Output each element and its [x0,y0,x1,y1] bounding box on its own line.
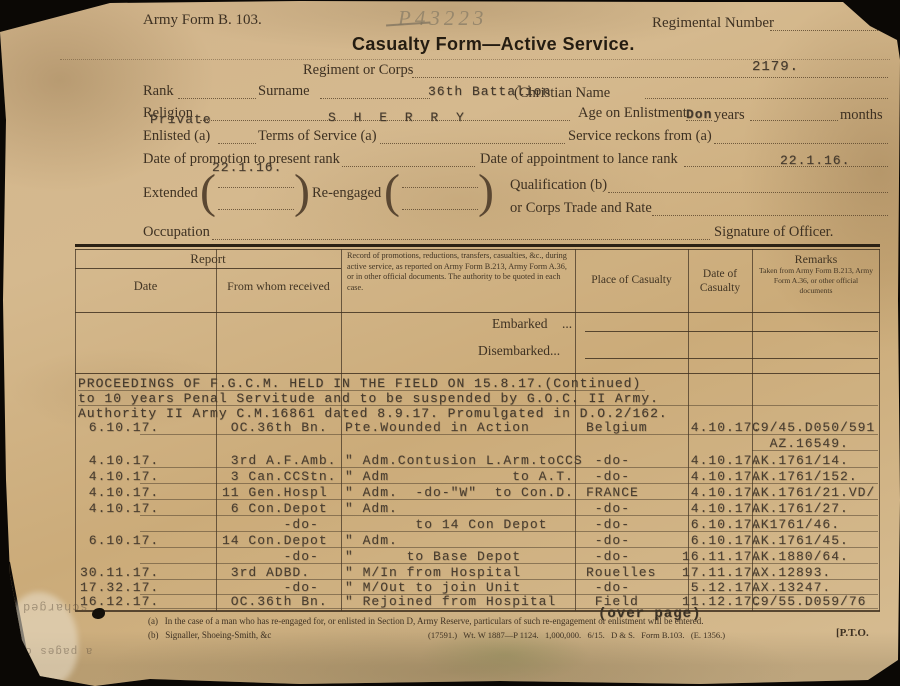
qualification-label: Qualification (b) [510,177,607,194]
table-cell: 4.10.17. [682,501,761,516]
table-cell: -do- [222,517,319,532]
page-title: Casualty Form—Active Service. [352,34,635,55]
table-cell: " M/In from Hospital [345,565,521,580]
show-through-text: a pages o [24,644,92,656]
table-cell: 5.12.17. [682,580,761,595]
table-cell: 4.10.17. [682,420,761,435]
row-rule [140,434,878,435]
table-cell: -do- [586,580,630,595]
col-remarks: Remarks [752,252,880,267]
table-cell: -do- [222,549,319,564]
table-cell: 6.10.17. [682,533,761,548]
table-cell: AX.12893. [752,565,831,580]
col-from-whom: From whom received [216,279,341,294]
table-cell: -do- [586,549,630,564]
table-cell: " Adm. [345,501,398,516]
row-rule [140,563,878,564]
dotted-leader [402,186,478,188]
corps-trade-label: or Corps Trade and Rate [510,200,652,217]
rank-label: Rank [143,83,174,100]
show-through-text: scharged [22,600,88,614]
dotted-leader [218,186,294,188]
col-report: Report [75,251,341,267]
table-cell: " M/Out to join Unit [345,580,521,595]
table-cell: 4.10.17. [682,469,761,484]
table-cell: 4.10.17. [682,485,761,500]
typed-age: Don [686,107,712,122]
row-rule [140,515,878,516]
regimental-number-label: Regimental Number [652,15,774,32]
table-cell: 17.11.17. [682,565,761,580]
table-line [575,249,576,611]
proceedings-line: Authority II Army C.M.16861 dated 8.9.17… [78,406,668,421]
table-cell: Rouelles [586,565,656,580]
regiment-label: Regiment or Corps [303,62,413,79]
regiment-value: 2179. [752,59,799,75]
row-rule [140,499,878,500]
lance-label: Date of appointment to lance rank [480,151,678,168]
embarked-label: Embarked [492,316,547,332]
table-line [75,249,880,250]
handwritten-number: P43223 [398,6,487,31]
table-cell: AK.1761/45. [752,533,849,548]
table-cell: -do- [586,453,630,468]
table-cell: AK.1761/152. [752,469,858,484]
print-code: (17591.) Wt. W 1887—P 1124. 1,000,000. 6… [428,630,725,640]
form-number: Army Form B. 103. [143,12,262,29]
table-cell: 17.32.17. [80,580,159,595]
table-cell: AK.1761/27. [752,501,849,516]
dotted-leader [178,97,256,99]
reengaged-label: Re-engaged [312,185,381,202]
table-cell: 3 Can.CCStn. [222,469,336,484]
years-label: years [714,107,745,124]
table-cell: Pte.Wounded in Action [345,420,530,435]
row-rule [140,547,878,548]
casualty-form-paper: Army Form B. 103. P43223 Regimental Numb… [0,0,900,686]
col-record: Record of promotions, reductions, transf… [347,251,569,294]
table-cell: " to Base Depot [345,549,521,564]
table-line [585,331,878,332]
table-cell: 4.10.17. [682,453,761,468]
row-rule [140,467,878,468]
enlisted-label: Enlisted (a) [143,128,210,145]
dotted-leader [608,191,888,193]
table-cell: 11 Gen.Hospl [222,485,328,500]
dotted-leader [770,29,888,31]
table-cell: " Rejoined from Hospital [345,594,556,609]
typed-rank: Private [150,112,212,127]
table-cell: AX.13247. [752,580,831,595]
ink-blot [92,608,105,619]
dotted-leader [645,97,888,99]
table-cell: -do- [586,517,630,532]
extended-label: Extended [143,185,198,202]
dotted-leader [412,76,888,78]
typed-promotion-date: 22.1.16. [212,160,282,175]
brace-open: ( [384,168,400,216]
typed-unit: 36th Battalion [428,84,551,99]
table-cell: " Adm to A.T. [345,469,574,484]
table-line [75,244,880,247]
table-cell: 4.10.17. [80,501,159,516]
table-cell: C9/45.D050/591 [752,420,875,435]
table-cell: 30.11.17. [80,565,159,580]
proceedings-line: PROCEEDINGS OF F.G.C.M. HELD IN THE FIEL… [78,376,641,391]
terms-label: Terms of Service (a) [258,128,377,145]
table-cell: 16.11.17. [682,549,761,564]
table-line [78,390,645,391]
table-cell: -do- [586,469,630,484]
months-label: months [840,107,883,124]
row-rule [140,483,878,484]
table-cell: OC.36th Bn. [222,594,328,609]
dotted-leader [218,208,294,210]
table-cell: -do- [222,580,319,595]
table-cell: " Adm. [345,533,398,548]
dotted-leader [342,165,475,167]
embarked-dots: ... [562,316,572,332]
table-line [879,249,880,611]
row-rule [140,608,878,609]
table-cell: 6.10.17. [80,533,159,548]
signature-label: Signature of Officer. [714,224,833,241]
table-cell: Belgium [586,420,648,435]
table-cell: OC.36th Bn. [222,420,328,435]
pto-label: [P.T.O. [836,627,869,639]
table-cell: AK1761/46. [752,517,840,532]
table-line [75,373,880,374]
table-line [75,312,880,313]
dotted-leader [320,97,430,99]
table-cell: 6.10.17. [80,420,159,435]
table-cell: 6 Con.Depot [222,501,328,516]
table-cell: AZ.16549. [752,436,849,451]
brace-close: ) [294,168,310,216]
dotted-leader [218,142,256,144]
col-remarks-sub: Taken from Army Form B.213, Army Form A.… [758,266,874,296]
occupation-label: Occupation [143,224,210,241]
typed-surname: S H E R R Y [328,110,469,125]
surname-label: Surname [258,83,310,100]
table-cell: 6.10.17. [682,517,761,532]
table-line [75,610,880,612]
table-line [341,249,342,611]
table-cell: to 14 Con Depot [345,517,547,532]
footnote-b: (b) Signaller, Shoeing-Smith, &c [148,630,271,640]
table-cell: 3rd ADBD. [222,565,310,580]
table-cell: 3rd A.F.Amb. [222,453,336,468]
table-cell: 4.10.17. [80,453,159,468]
table-cell: AK.1761/21.VD/ [752,485,875,500]
col-place: Place of Casualty [575,274,688,286]
brace-open: ( [200,168,216,216]
brace-close: ) [478,168,494,216]
dotted-leader [750,119,838,121]
scanned-document-page: Army Form B. 103. P43223 Regimental Numb… [0,0,900,686]
dotted-leader [714,142,888,144]
col-date-of-casualty: Date of Casualty [688,268,752,296]
col-date: Date [75,279,216,294]
service-reckons-label: Service reckons from (a) [568,128,712,145]
row-rule [752,450,878,451]
table-cell: 4.10.17. [80,469,159,484]
dotted-leader [212,238,710,240]
dotted-leader [402,208,478,210]
table-cell: FRANCE [586,485,639,500]
table-cell: AK.1880/64. [752,549,849,564]
table-cell: " Adm.Contusion L.Arm.toCCS [345,453,583,468]
over-page-stamp: (over page) [598,606,701,622]
table-cell: 16.12.17. [80,594,159,609]
age-label: Age on Enlistment [578,105,687,122]
table-cell: AK.1761/14. [752,453,849,468]
table-cell: " Adm. -do-"W" to Con.D. [345,485,574,500]
table-cell: 4.10.17. [80,485,159,500]
dotted-leader [652,214,888,216]
table-cell: 14 Con.Depot [222,533,328,548]
disembarked-label: Disembarked... [478,343,560,359]
table-cell: -do- [586,501,630,516]
table-cell: C9/55.D059/76 [752,594,866,609]
table-line [75,249,76,611]
dotted-leader [380,142,565,144]
table-line [78,405,878,406]
table-line [585,358,878,359]
table-line [216,249,217,611]
table-line [75,268,341,269]
table-cell: -do- [586,533,630,548]
row-rule [140,531,878,532]
typed-lance-date: 22.1.16. [780,153,850,168]
proceedings-line: to 10 years Penal Servitude and to be su… [78,391,659,406]
